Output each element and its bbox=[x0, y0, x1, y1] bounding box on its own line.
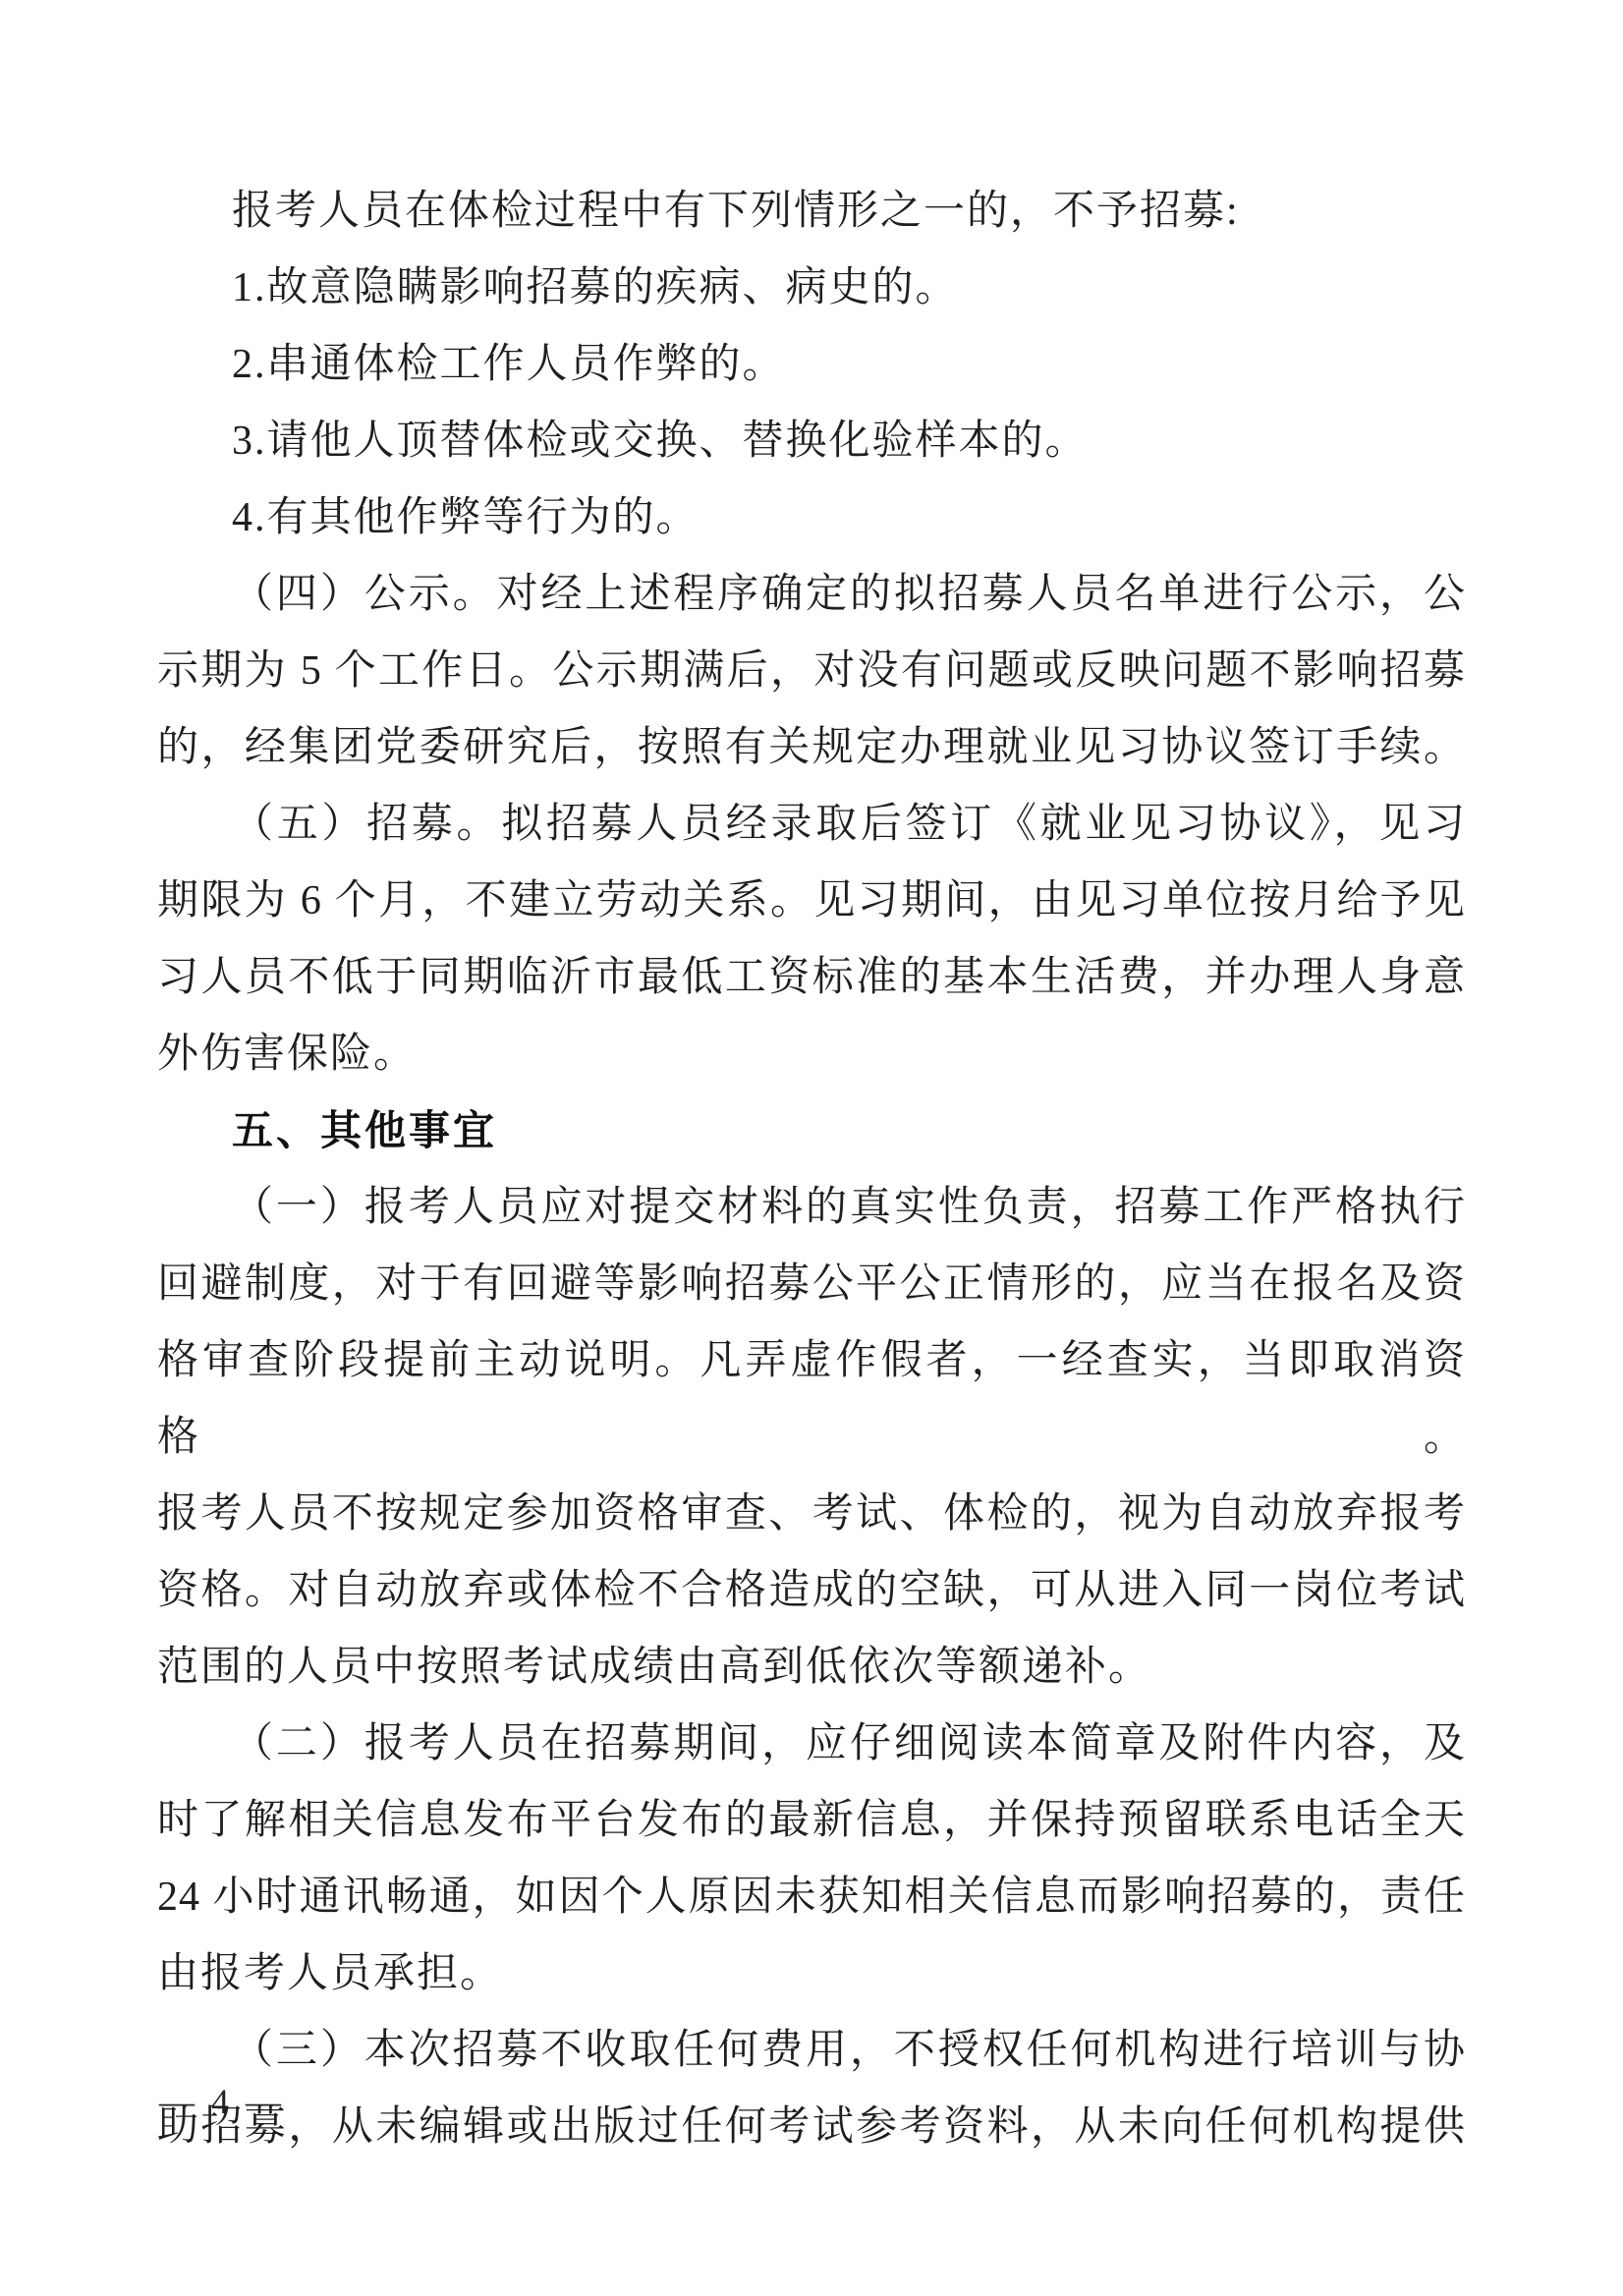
text-line: 由报考人员承担。 bbox=[157, 1935, 1466, 2012]
text-line: 资格。对自动放弃或体检不合格造成的空缺，可从进入同一岗位考试 bbox=[157, 1552, 1466, 1629]
text-line: （三）本次招募不收取任何费用，不授权任何机构进行培训与协 bbox=[157, 2012, 1466, 2089]
text-line: 习人员不低于同期临沂市最低工资标准的基本生活费，并办理人身意 bbox=[157, 939, 1466, 1016]
text-line: 时了解相关信息发布平台发布的最新信息，并保持预留联系电话全天 bbox=[157, 1782, 1466, 1859]
document-body: 报考人员在体检过程中有下列情形之一的，不予招募: 1.故意隐瞒影响招募的疾病、病… bbox=[157, 173, 1466, 2165]
text-line: 24 小时通讯畅通，如因个人原因未获知相关信息而影响招募的，责任 bbox=[157, 1859, 1466, 1935]
text-line: （四）公示。对经上述程序确定的拟招募人员名单进行公示，公 bbox=[157, 556, 1466, 633]
text-line: 范围的人员中按照考试成绩由高到低依次等额递补。 bbox=[157, 1629, 1466, 1706]
page-number: — 4 — bbox=[159, 2081, 285, 2122]
text-line: （五）招募。拟招募人员经录取后签订《就业见习协议》，见习 bbox=[157, 786, 1466, 863]
text-line: （二）报考人员在招募期间，应仔细阅读本简章及附件内容，及 bbox=[157, 1706, 1466, 1782]
text-line: 期限为 6 个月，不建立劳动关系。见习期间，由见习单位按月给予见 bbox=[157, 863, 1466, 939]
text-line: 格审查阶段提前主动说明。凡弄虚作假者，一经查实，当即取消资格。 bbox=[157, 1322, 1466, 1476]
text-line: 报考人员在体检过程中有下列情形之一的，不予招募: bbox=[157, 173, 1466, 250]
list-item: 4.有其他作弊等行为的。 bbox=[157, 479, 1466, 556]
text-line: 示期为 5 个工作日。公示期满后，对没有问题或反映问题不影响招募 bbox=[157, 633, 1466, 709]
text-line: 的，经集团党委研究后，按照有关规定办理就业见习协议签订手续。 bbox=[157, 709, 1466, 786]
text-line: 报考人员不按规定参加资格审查、考试、体检的，视为自动放弃报考 bbox=[157, 1476, 1466, 1552]
list-item: 1.故意隐瞒影响招募的疾病、病史的。 bbox=[157, 250, 1466, 326]
text-line: （一）报考人员应对提交材料的真实性负责，招募工作严格执行 bbox=[157, 1169, 1466, 1246]
text-line: 助招募，从未编辑或出版过任何考试参考资料，从未向任何机构提供 bbox=[157, 2089, 1466, 2165]
section-heading: 五、其他事宜 bbox=[157, 1092, 1466, 1169]
document-page: 报考人员在体检过程中有下列情形之一的，不予招募: 1.故意隐瞒影响招募的疾病、病… bbox=[0, 0, 1623, 2296]
list-item: 3.请他人顶替体检或交换、替换化验样本的。 bbox=[157, 403, 1466, 479]
text-line: 外伤害保险。 bbox=[157, 1016, 1466, 1092]
list-item: 2.串通体检工作人员作弊的。 bbox=[157, 326, 1466, 403]
text-line: 回避制度，对于有回避等影响招募公平公正情形的，应当在报名及资 bbox=[157, 1246, 1466, 1322]
